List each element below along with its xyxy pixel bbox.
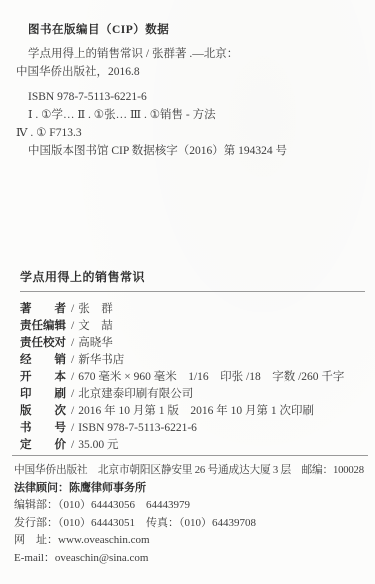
cip-block: 图书在版编目（CIP）数据 学点用得上的销售常识 / 张群著 .—北京： 中国华… bbox=[0, 0, 375, 160]
entry-label: 定 价 bbox=[20, 439, 66, 451]
cip-isbn-line: ISBN 978-7-5113-6221-6 bbox=[16, 88, 367, 106]
entry-value: 2016 年 10 月第 1 版 2016 年 10 月第 1 次印刷 bbox=[78, 405, 314, 417]
editorial-dept-line: 编辑部：（010）64443056 64443979 bbox=[14, 497, 371, 515]
website-line: 网 址：www.oveaschin.com bbox=[14, 532, 371, 550]
book-title: 学点用得上的销售常识 bbox=[20, 270, 365, 284]
entry-value: 张 群 bbox=[78, 303, 113, 315]
entry-label: 责任编辑 bbox=[20, 320, 66, 332]
publisher-address-line: 中国华侨出版社 北京市朝阳区静安里 26 号通成达大厦 3 层 邮编：10002… bbox=[14, 462, 371, 480]
colophon-entry-price: 定 价/35.00 元 bbox=[20, 437, 365, 454]
distribution-dept-line: 发行部：（010）64443051 传真：（010）64439708 bbox=[14, 515, 371, 533]
entry-separator: / bbox=[71, 371, 74, 383]
contact-block: 中国华侨出版社 北京市朝阳区静安里 26 号通成达大厦 3 层 邮编：10002… bbox=[14, 462, 371, 568]
entry-label: 版 次 bbox=[20, 405, 66, 417]
copyright-page: 图书在版编目（CIP）数据 学点用得上的销售常识 / 张群著 .—北京： 中国华… bbox=[0, 0, 375, 584]
entry-separator: / bbox=[71, 337, 74, 349]
colophon-entry-edition: 版 次/2016 年 10 月第 1 版 2016 年 10 月第 1 次印刷 bbox=[20, 403, 365, 420]
entry-separator: / bbox=[71, 303, 74, 315]
colophon-entry-printer: 印 刷/北京建泰印刷有限公司 bbox=[20, 386, 365, 403]
cip-header: 图书在版编目（CIP）数据 bbox=[16, 21, 367, 39]
colophon-entry-isbn: 书 号/ISBN 978-7-5113-6221-6 bbox=[20, 420, 365, 437]
entry-separator: / bbox=[71, 422, 74, 434]
entry-value: 文 喆 bbox=[78, 320, 113, 332]
colophon-entry-author: 著 者/张 群 bbox=[20, 301, 365, 318]
cip-title-line: 学点用得上的销售常识 / 张群著 .—北京： bbox=[16, 45, 367, 63]
entry-value: 高晓华 bbox=[78, 337, 113, 349]
contact-divider bbox=[12, 455, 368, 456]
entry-label: 开 本 bbox=[20, 371, 66, 383]
entry-separator: / bbox=[71, 439, 74, 451]
colophon-entry-format: 开 本/670 毫米 × 960 毫米 1/16 印张 /18 字数 /260 … bbox=[20, 369, 365, 386]
entry-separator: / bbox=[71, 354, 74, 366]
entry-value: 670 毫米 × 960 毫米 1/16 印张 /18 字数 /260 千字 bbox=[78, 371, 344, 383]
legal-counsel-line: 法律顾问：陈鹰律师事务所 bbox=[14, 480, 371, 498]
cip-record-number-line: 中国版本图书馆 CIP 数据核字（2016）第 194324 号 bbox=[16, 142, 367, 160]
entry-label: 著 者 bbox=[20, 303, 66, 315]
colophon-block: 学点用得上的销售常识 著 者/张 群 责任编辑/文 喆 责任校对/高晓华 经 销… bbox=[20, 270, 365, 454]
entry-separator: / bbox=[71, 320, 74, 332]
colophon-entry-distributor: 经 销/新华书店 bbox=[20, 352, 365, 369]
entry-value: 新华书店 bbox=[78, 354, 124, 366]
entry-label: 责任校对 bbox=[20, 337, 66, 349]
entry-label: 印 刷 bbox=[20, 388, 66, 400]
entry-value: ISBN 978-7-5113-6221-6 bbox=[78, 422, 197, 434]
colophon-entry-proofreader: 责任校对/高晓华 bbox=[20, 335, 365, 352]
colophon-entries: 著 者/张 群 责任编辑/文 喆 责任校对/高晓华 经 销/新华书店 开 本/6… bbox=[20, 301, 365, 454]
title-divider bbox=[20, 291, 365, 292]
entry-separator: / bbox=[71, 388, 74, 400]
entry-value: 35.00 元 bbox=[78, 439, 118, 451]
cip-classification-line-2: Ⅳ . ① F713.3 bbox=[16, 124, 367, 142]
colophon-entry-editor: 责任编辑/文 喆 bbox=[20, 318, 365, 335]
cip-classification-line: Ⅰ . ①学… Ⅱ . ①张… Ⅲ . ①销售 - 方法 bbox=[16, 106, 367, 124]
entry-label: 书 号 bbox=[20, 422, 66, 434]
entry-label: 经 销 bbox=[20, 354, 66, 366]
email-line: E-mail：oveaschin@sina.com bbox=[14, 550, 371, 568]
entry-value: 北京建泰印刷有限公司 bbox=[78, 388, 193, 400]
entry-separator: / bbox=[71, 405, 74, 417]
cip-publisher-line: 中国华侨出版社，2016.8 bbox=[16, 63, 367, 81]
